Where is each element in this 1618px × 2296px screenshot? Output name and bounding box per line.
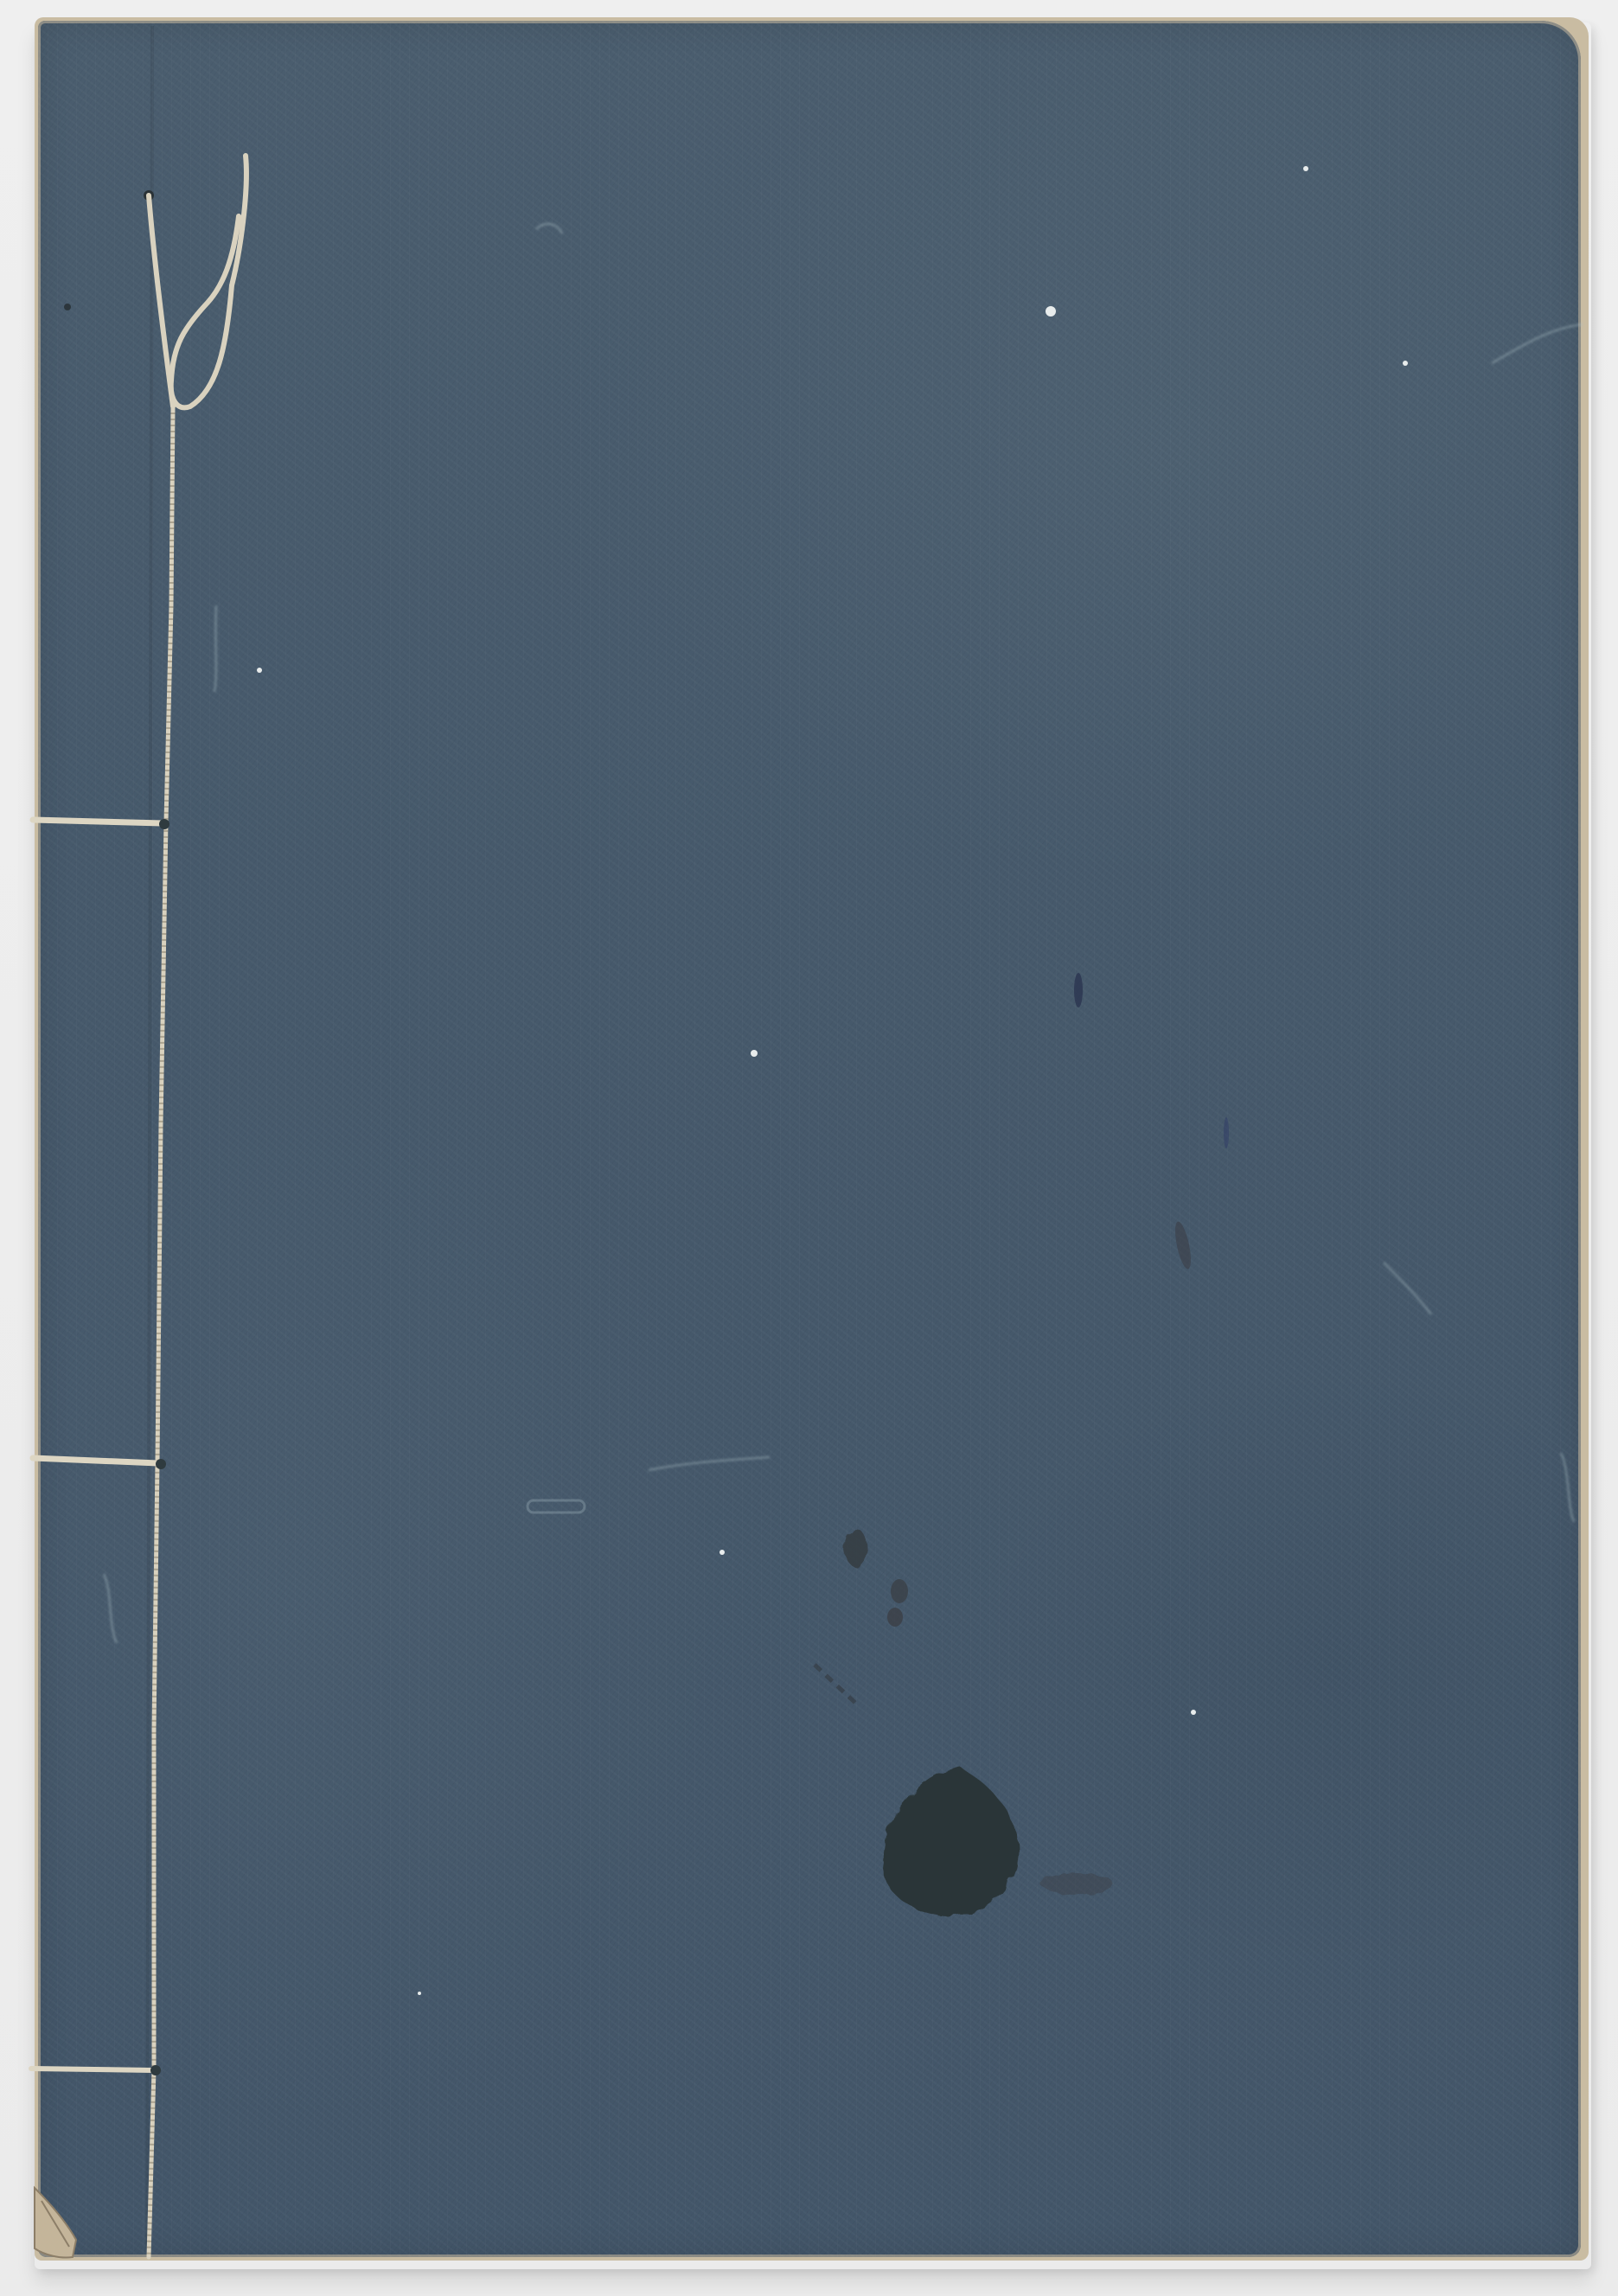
surface-fibres [104, 224, 1583, 1643]
stitch-1 [33, 820, 163, 823]
spine-crease [147, 26, 152, 2248]
cover-details [0, 0, 1618, 2296]
stitch-3 [31, 2069, 153, 2070]
large-ink-stain [883, 1768, 1018, 1916]
embossed-dash-mark [528, 1500, 585, 1513]
stitch-2 [33, 1458, 158, 1463]
ink-stains [64, 304, 1229, 1916]
thread-loop-knot [144, 156, 246, 407]
white-specks [257, 166, 1408, 1995]
